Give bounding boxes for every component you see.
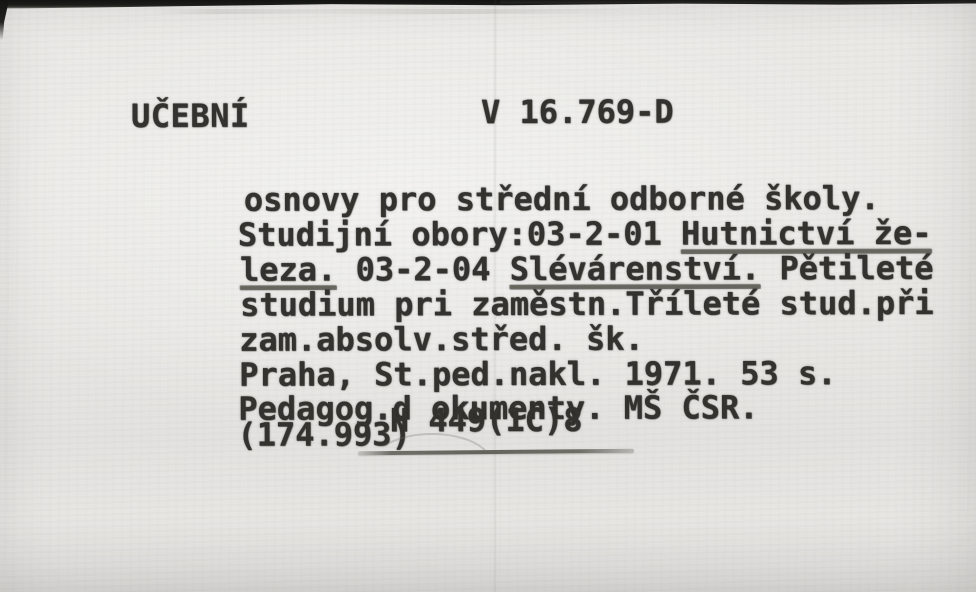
card-call-number: V 16.769-D — [481, 96, 674, 129]
typewritten-text-block: UČEBNÍ V 16.769-D osnovy pro střední odb… — [0, 0, 976, 592]
card-shelf-mark: H 449(1Č)8 — [390, 404, 583, 437]
card-heading: UČEBNÍ — [131, 100, 250, 132]
catalog-card-scan: UČEBNÍ V 16.769-D osnovy pro střední odb… — [0, 0, 976, 592]
card-accession-number: (174.993) — [122, 386, 411, 483]
